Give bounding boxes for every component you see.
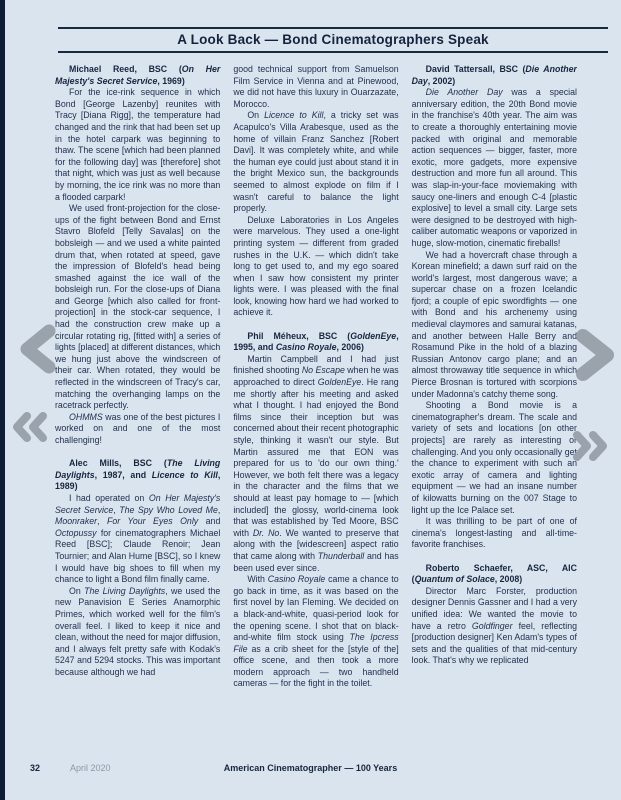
body-text: , 2006) — [337, 342, 364, 352]
paragraph: I had operated on On Her Majesty's Secre… — [55, 493, 220, 586]
body-text: Deluxe Laboratories in Los Angeles were … — [233, 215, 398, 318]
paragraph: We had a hovercraft chase through a Kore… — [412, 250, 577, 401]
body-text: , a tricky set was Acapulco's Villa Arab… — [233, 110, 398, 213]
paragraph: For the ice-rink sequence in which Bond … — [55, 87, 220, 203]
body-text: , 1987, and — [95, 470, 152, 480]
film-title-text: OHMMS — [69, 412, 103, 422]
section-heading: Michael Reed, BSC (On Her Majesty's Secr… — [55, 64, 220, 87]
body-text: Michael Reed, BSC ( — [69, 64, 182, 74]
paragraph: Martin Campbell and I had just finished … — [233, 354, 398, 574]
film-title-text: The Spy Who Loved Me — [119, 505, 218, 515]
body-text: , we used the new Panavision E Series An… — [55, 586, 220, 677]
paragraph: It was thrilling to be part of one of ci… — [412, 516, 577, 551]
paragraph: With Casino Royale came a chance to go b… — [233, 574, 398, 690]
footer-publication: American Cinematographer — 100 Years — [0, 763, 621, 773]
body-text: It was thrilling to be part of one of ci… — [412, 516, 577, 549]
section-heading: Phil Méheux, BSC (GoldenEye, 1995, and C… — [233, 331, 398, 354]
body-text: On — [69, 586, 84, 596]
body-text: On — [247, 110, 264, 120]
paragraph: We used front-projection for the close-u… — [55, 203, 220, 412]
body-text: We used front-projection for the close-u… — [55, 203, 220, 410]
article-columns: Michael Reed, BSC (On Her Majesty's Secr… — [55, 64, 577, 752]
film-title-text: Moonraker — [55, 516, 97, 526]
page-edge-strip — [0, 0, 5, 800]
film-title-text: Goldfinger — [472, 621, 513, 631]
column-1: Michael Reed, BSC (On Her Majesty's Secr… — [55, 64, 220, 752]
paragraph: Die Another Day was a special anniversar… — [412, 87, 577, 249]
body-text: and — [198, 516, 220, 526]
paragraph: On Licence to Kill, a tricky set was Aca… — [233, 110, 398, 214]
body-text: , — [218, 505, 220, 515]
body-text: With — [247, 574, 267, 584]
film-title-text: Quantum of Solace — [415, 574, 495, 584]
chevrons-right-double-icon — [570, 430, 612, 462]
body-text: , 1969) — [157, 76, 184, 86]
section-heading: Roberto Schaefer, ASC, AIC (Quantum of S… — [412, 563, 577, 586]
body-text: For the ice-rink sequence in which Bond … — [55, 87, 220, 201]
film-title-text: Octopussy — [55, 528, 97, 538]
film-title-text: Licence to Kill — [152, 470, 218, 480]
paragraph: OHMMS was one of the best pictures I wor… — [55, 412, 220, 447]
chevrons-left-double-icon — [10, 410, 52, 444]
body-text: . He rang me shortly after his meeting a… — [233, 377, 398, 538]
body-text: David Tattersall, BSC ( — [426, 64, 526, 74]
body-text: good technical support from Samuelson Fi… — [233, 64, 398, 109]
film-title-text: Casino Royale — [276, 342, 337, 352]
body-text: as a crib sheet for the [style of the] o… — [233, 644, 398, 689]
body-text: We had a hovercraft chase through a Kore… — [412, 250, 577, 399]
paragraph: On The Living Daylights, we used the new… — [55, 586, 220, 679]
paragraph: Deluxe Laboratories in Los Angeles were … — [233, 215, 398, 319]
film-title-text: Casino Royale — [268, 574, 326, 584]
film-title-text: Licence to Kill — [264, 110, 323, 120]
header-rule-bottom — [58, 51, 608, 53]
body-text: Phil Méheux, BSC ( — [247, 331, 350, 341]
paragraph: Director Marc Forster, production design… — [412, 586, 577, 667]
film-title-text: Die Another Day — [426, 87, 503, 97]
body-text: I had operated on — [69, 493, 149, 503]
page-footer: 32 April 2020 American Cinematographer —… — [0, 763, 621, 777]
column-2: good technical support from Samuelson Fi… — [233, 64, 398, 752]
film-title-text: Dr. No — [253, 528, 280, 538]
body-text: was a special anniversary edition, the 2… — [412, 87, 577, 248]
column-3: David Tattersall, BSC (Die Another Day, … — [412, 64, 577, 752]
film-title-text: Thunderball — [318, 551, 364, 561]
body-text: , 2008) — [495, 574, 522, 584]
chevron-left-large-icon — [14, 324, 60, 374]
film-title-text: No Escape — [302, 365, 345, 375]
film-title-text: For Your Eyes Only — [107, 516, 198, 526]
film-title-text: The Living Daylights — [84, 586, 165, 596]
film-title-text: GoldenEye — [318, 377, 362, 387]
magazine-page: { "header": { "title": "A Look Back — Bo… — [0, 0, 621, 800]
paragraph: Shooting a Bond movie is a cinematograph… — [412, 400, 577, 516]
film-title-text: GoldenEye — [350, 331, 396, 341]
page-title: A Look Back — Bond Cinematographers Spea… — [58, 29, 608, 51]
body-text: Alec Mills, BSC ( — [69, 458, 167, 468]
section-heading: Alec Mills, BSC (The Living Daylights, 1… — [55, 458, 220, 493]
page-header: A Look Back — Bond Cinematographers Spea… — [58, 27, 608, 53]
body-text: Shooting a Bond movie is a cinematograph… — [412, 400, 577, 514]
chevron-right-large-icon — [574, 328, 621, 382]
paragraph: good technical support from Samuelson Fi… — [233, 64, 398, 110]
body-text: , — [97, 516, 107, 526]
section-heading: David Tattersall, BSC (Die Another Day, … — [412, 64, 577, 87]
body-text: , 2002) — [428, 76, 455, 86]
